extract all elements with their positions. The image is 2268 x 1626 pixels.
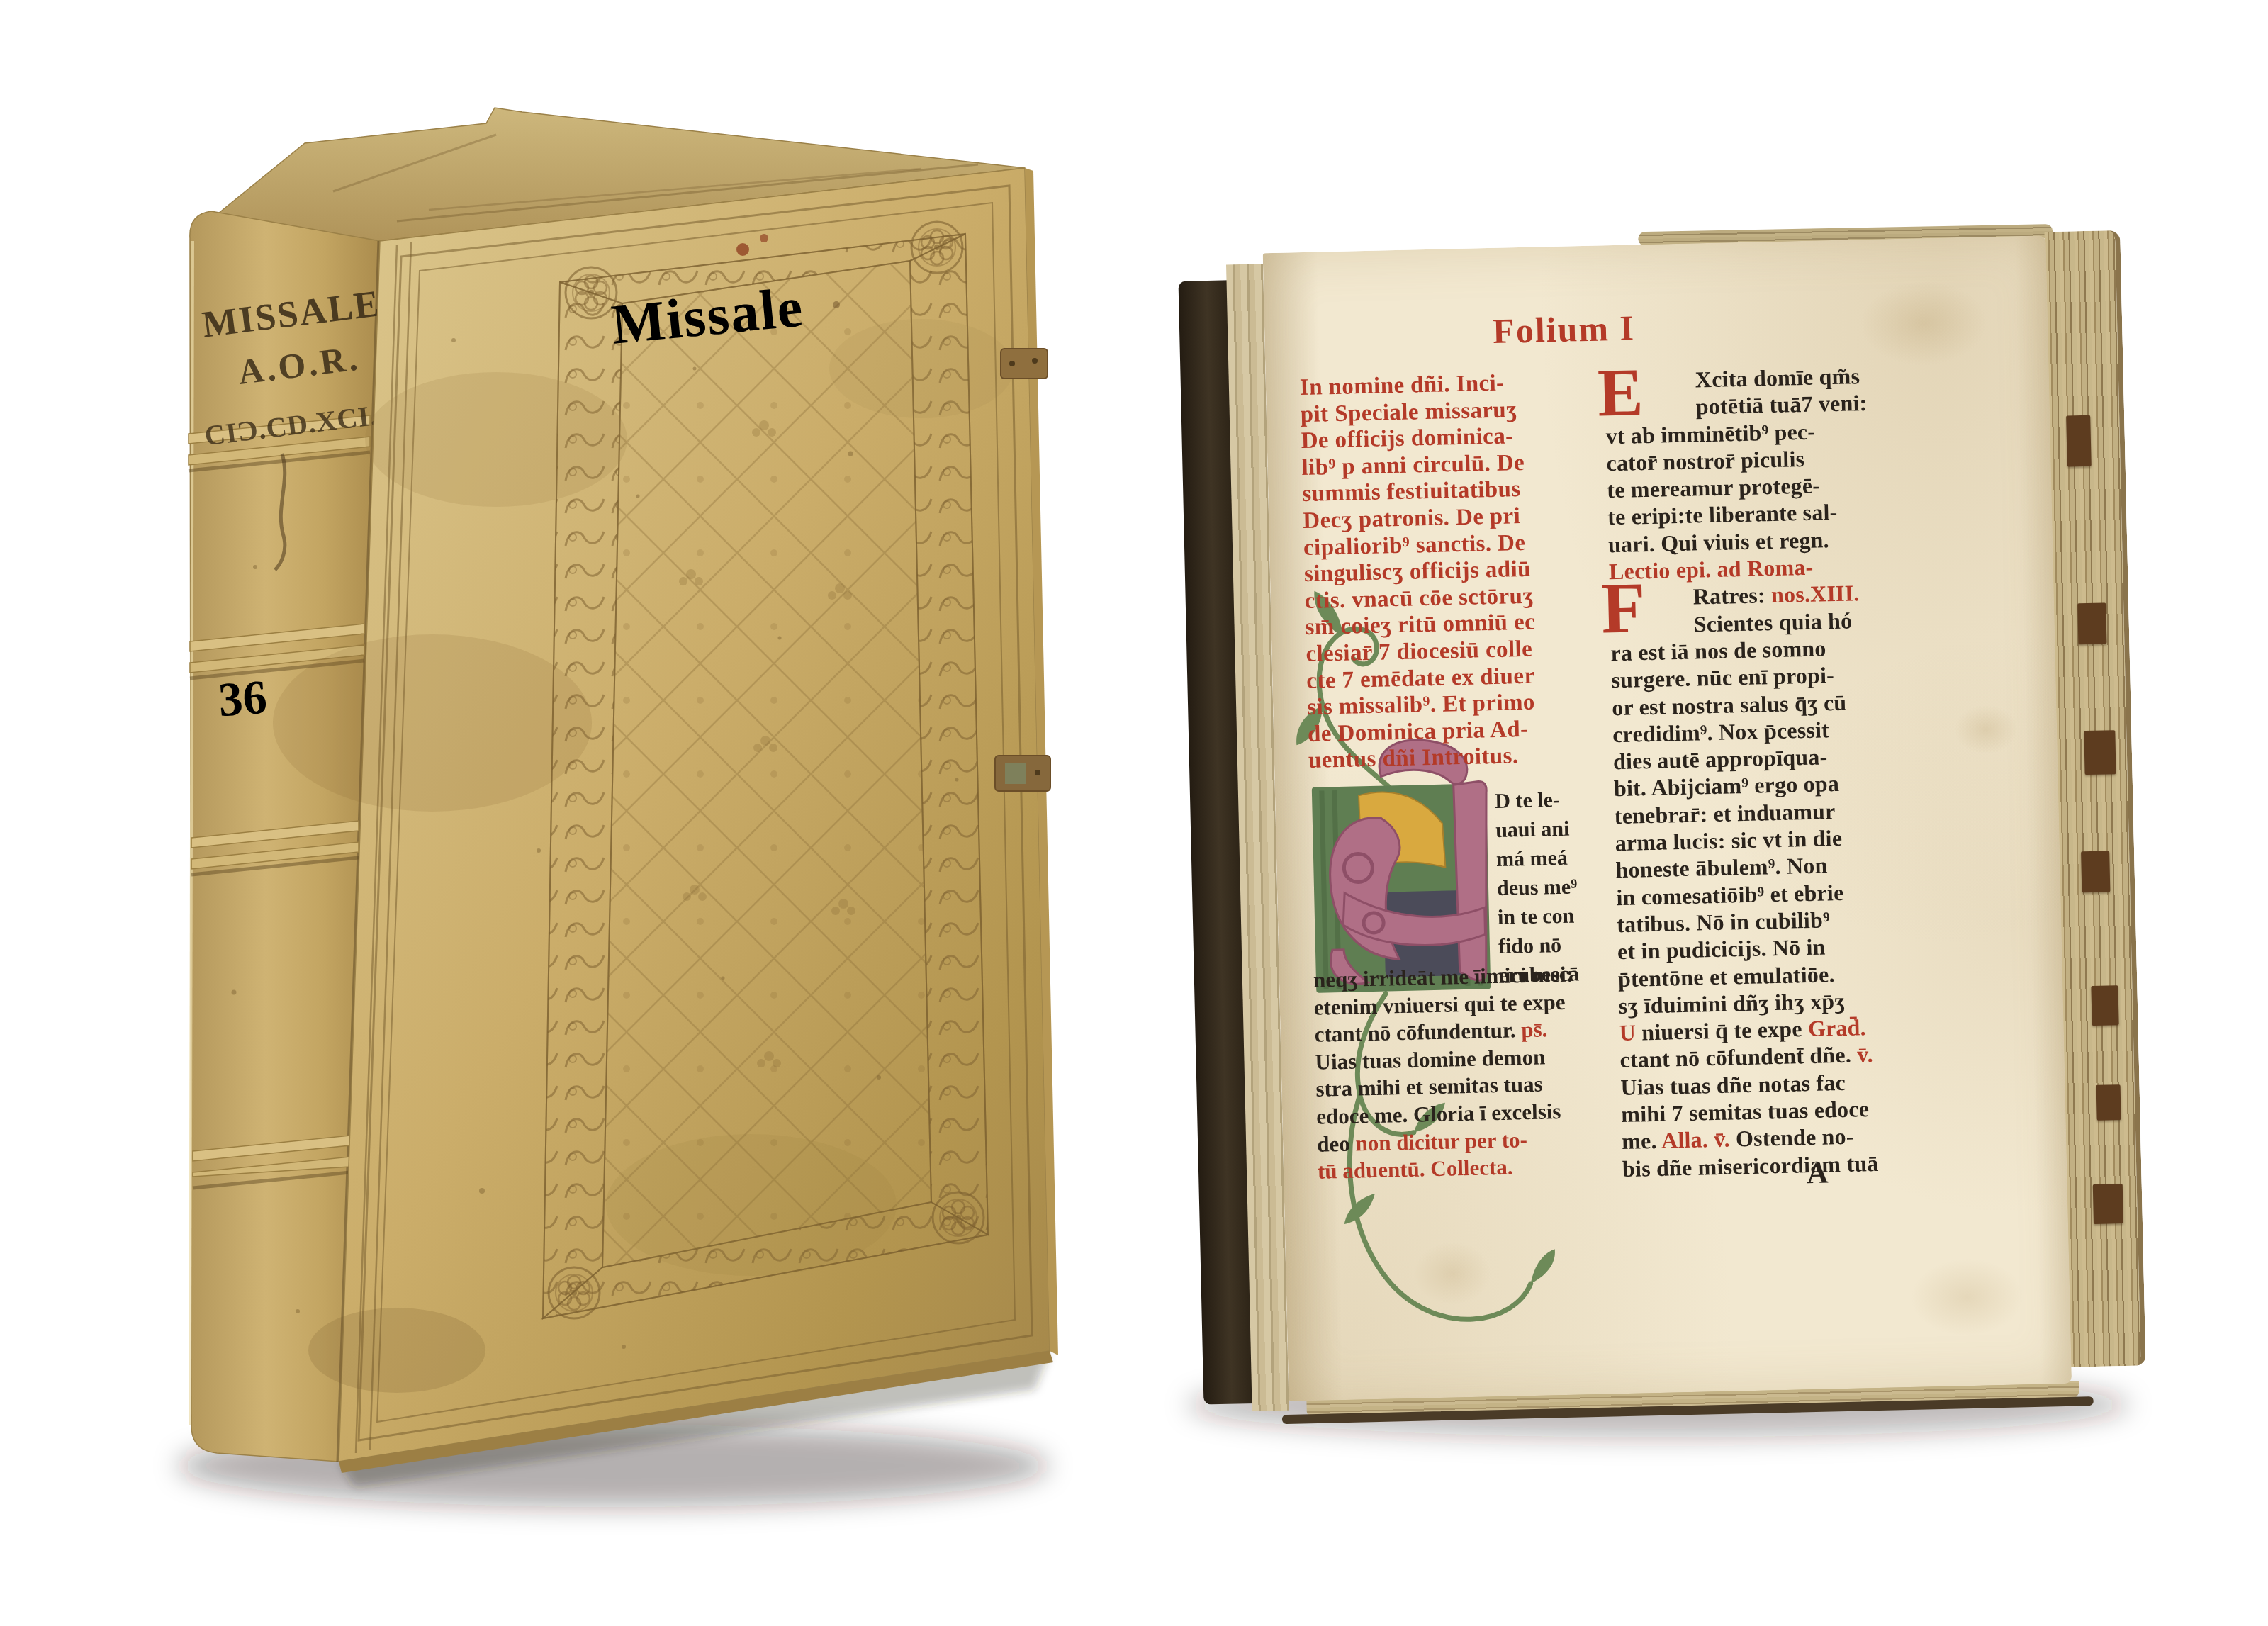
- text-line: D te le-: [1495, 784, 1610, 816]
- left-column-lower: neqʒ irrideāt me īimici mei:etenim vniue…: [1313, 960, 1612, 1185]
- index-tab: [2077, 602, 2106, 644]
- text-segment: non dicitur per to-: [1355, 1127, 1527, 1155]
- text-segment: ctant nō cōfundent̄ dñe.: [1619, 1042, 1857, 1073]
- text-segment: In nomine dñi. Inci-: [1300, 371, 1505, 401]
- text-segment: Uias tuas domine demon: [1315, 1044, 1545, 1074]
- text-segment: potētiā tuā7 veni:: [1695, 390, 1868, 419]
- rosette-stamp: [933, 1192, 984, 1243]
- text-segment: singuliscʒ officijs adiū: [1304, 556, 1532, 587]
- text-segment: cte 7 emēdate ex diuer: [1306, 663, 1535, 693]
- text-segment: sʒ īduimini dñʒ ihʒ xp̄ʒ: [1618, 988, 1845, 1019]
- text-line: fido nō: [1498, 929, 1613, 961]
- text-segment: edoce me. Gloria ī excelsis: [1316, 1099, 1561, 1129]
- text-segment: nos.XIII.: [1771, 581, 1860, 608]
- text-segment: ctis. vnacū cōe sctōruʒ: [1304, 583, 1534, 613]
- text-segment: Ratres:: [1692, 582, 1771, 609]
- text-segment: uentus dñi Introitus.: [1308, 744, 1518, 774]
- folio-header: Folium I: [1493, 307, 1636, 352]
- drop-cap-F: F: [1600, 572, 1646, 645]
- index-tab: [2084, 730, 2116, 775]
- text-segment: credidim⁹. Nox p̄cessit: [1612, 717, 1830, 747]
- rosette-stamp: [911, 222, 962, 273]
- text-segment: deo: [1317, 1131, 1356, 1156]
- text-segment: Alla. v̄.: [1661, 1126, 1736, 1153]
- text-segment: bit. Abijciam⁹ ergo opa: [1614, 770, 1840, 801]
- text-segment: sm̄ coieʒ ritū omniū ec: [1305, 610, 1535, 640]
- text-segment: de Dominica pria Ad-: [1308, 717, 1529, 747]
- text-segment: tatibus. Nō in cubilib⁹: [1617, 907, 1830, 937]
- text-segment: surgere. nūc enī propi-: [1611, 662, 1834, 693]
- text-segment: Grad̄.: [1807, 1014, 1866, 1041]
- right-text-column: Xcita domīe qm̃spotētiā tuā7 veni:vt ab …: [1604, 361, 1947, 1182]
- text-segment: pit Speciale missaruʒ: [1300, 397, 1517, 427]
- text-segment: in te con: [1498, 904, 1575, 929]
- drop-cap-E: E: [1597, 358, 1644, 427]
- index-tab: [2081, 851, 2110, 892]
- text-segment: etenim vniuersi qui te expe: [1313, 989, 1565, 1019]
- clasp-remnant-upper: [1001, 349, 1048, 379]
- text-segment: te mereamur protegē-: [1607, 473, 1821, 503]
- text-segment: neqʒ irrideāt me īimici mei:: [1313, 962, 1574, 992]
- index-tab: [2066, 415, 2092, 467]
- text-segment: summis festiuitatibus: [1302, 476, 1521, 507]
- text-segment: cator̄ nostror̄ piculis: [1606, 446, 1805, 476]
- text-segment: ctant nō cōfundentur.: [1314, 1017, 1521, 1047]
- text-segment: D te le-: [1495, 788, 1560, 813]
- signature-mark: A: [1807, 1156, 1829, 1191]
- rosette-stamp: [549, 1267, 600, 1318]
- text-segment: dies autē appropīqua-: [1613, 744, 1828, 775]
- text-segment: Scientes quia hó: [1693, 607, 1852, 637]
- text-segment: uaui ani: [1495, 817, 1570, 842]
- text-segment: má meá: [1496, 846, 1568, 871]
- text-line: uaui ani: [1495, 813, 1611, 845]
- text-segment: te eripi:te liberante sal-: [1607, 499, 1838, 529]
- text-segment: or est nostra salus q̄ʒ cū: [1612, 689, 1847, 720]
- page-folium-1: Folium I In nomine dñi. Inci-pit Special…: [1263, 235, 2072, 1401]
- text-segment: Ostende no-: [1736, 1123, 1854, 1152]
- text-segment: p̄tentōne et emulatiōe.: [1618, 961, 1835, 992]
- text-segment: sis missalib⁹. Et primo: [1307, 690, 1535, 720]
- text-segment: tenebrar̄: et induamur: [1614, 798, 1835, 829]
- rosette-stamp: [566, 267, 617, 318]
- text-segment: et in pudicicijs. Nō in: [1617, 934, 1826, 965]
- text-segment: uari. Qui viuis et regn.: [1608, 527, 1830, 557]
- text-segment: clesiar̄ 7 diocesiū colle: [1306, 637, 1532, 667]
- text-segment: ps̄.: [1521, 1017, 1548, 1043]
- text-segment: De officijs dominica-: [1301, 423, 1514, 454]
- text-line: má meá: [1496, 842, 1612, 874]
- text-segment: Decʒ patronis. De pri: [1303, 503, 1521, 534]
- text-segment: in comesatiōib⁹ et ebrie: [1616, 880, 1844, 910]
- index-tab: [2096, 1084, 2121, 1121]
- left-text-column: In nomine dñi. Inci-pit Speciale missaru…: [1300, 369, 1598, 775]
- text-segment: cipaliorib⁹ sanctis. De: [1303, 529, 1526, 560]
- text-segment: bis dñe misericordiam tuā: [1622, 1150, 1879, 1181]
- text-segment: lib⁹ p anni circulū. De: [1301, 450, 1525, 481]
- text-segment: Uias tuas dñe notas fac: [1620, 1070, 1846, 1100]
- text-segment: tū aduentū. Collecta.: [1318, 1155, 1513, 1184]
- illuminated-initial-letter: A: [1325, 788, 1442, 970]
- closed-book: MISSALE A.O.R. CIƆ.CD.XCI. 36: [189, 108, 1058, 1473]
- text-segment: Xcita domīe qm̃s: [1695, 363, 1860, 392]
- clasp-remnant-lower: [995, 756, 1050, 791]
- text-segment: stra mihi et semitas tuas: [1315, 1072, 1543, 1101]
- text-segment: niuersi q̄ te expe: [1636, 1016, 1809, 1045]
- spine-shelf-number: 36: [217, 670, 269, 727]
- text-segment: U: [1619, 1020, 1636, 1046]
- text-segment: honeste ābulem⁹. Non: [1615, 853, 1828, 883]
- text-segment: v̄.: [1857, 1041, 1873, 1067]
- text-line: in te con: [1498, 900, 1613, 932]
- index-tab: [2091, 985, 2118, 1026]
- initial-side-lines: D te le-uaui animá meádeus me⁹in te conf…: [1495, 784, 1614, 990]
- open-book: Folium I In nomine dñi. Inci-pit Special…: [1149, 202, 2155, 1443]
- index-tab: [2093, 1184, 2123, 1224]
- text-line: deus me⁹: [1497, 871, 1612, 903]
- text-segment: arma lucis: sic vt in die: [1615, 825, 1842, 856]
- text-segment: mihi 7 semitas tuas edoce: [1621, 1096, 1870, 1127]
- text-segment: deus me⁹: [1497, 875, 1578, 900]
- text-segment: me.: [1622, 1128, 1662, 1154]
- text-segment: fido nō: [1498, 933, 1562, 958]
